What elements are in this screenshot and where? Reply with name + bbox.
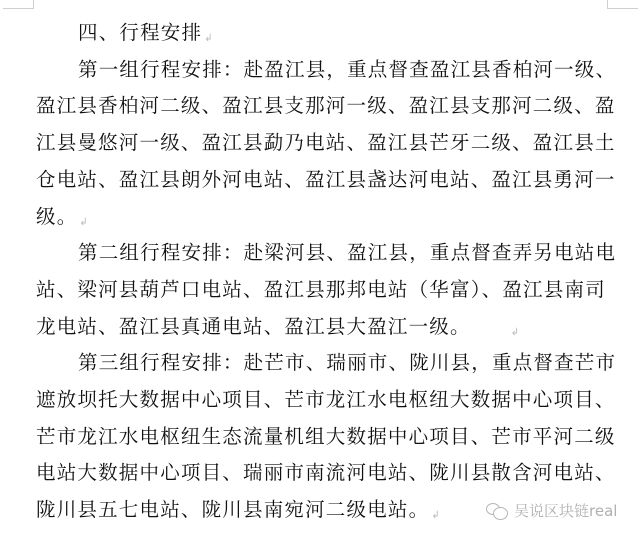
paragraph-mark: ↲ [204, 33, 214, 44]
watermark: 吴说区块链real [486, 500, 617, 521]
paragraph-line: 第二组行程安排：赴梁河县、盈江县，重点督查弄另电站电 [78, 241, 616, 265]
paragraph-line: 电站大数据中心项目、瑞丽市南流河电站、陇川县散含河电站、 [36, 461, 616, 485]
paragraph-line: 江县曼悠河一级、盈江县勐乃电站、盈江县芒牙二级、盈江县土 [36, 131, 616, 155]
paragraph-mark: ↲ [79, 217, 89, 228]
paragraph-line: 站、梁河县葫芦口电站、盈江县那邦电站（华富）、盈江县南司 [36, 278, 606, 302]
paragraph-line: 芒市龙江水电枢纽生态流量机组大数据中心项目、芒市平河二级 [36, 425, 616, 449]
paragraph-line: 第一组行程安排：赴盈江县，重点督查盈江县香柏河一级、 [78, 58, 616, 82]
paragraph-line-end: 级。↲ [36, 205, 89, 235]
paragraph-line: 第三组行程安排：赴芒市、瑞丽市、陇川县，重点督查芒市 [78, 351, 616, 375]
page-corner-mark-top-right [607, 0, 638, 9]
paragraph-line-end: 龙电站、盈江县真通电站、盈江县大盈江一级。↲ [36, 315, 520, 345]
paragraph-mark: ↲ [431, 510, 441, 521]
section-title-text: 四、行程安排 [78, 21, 202, 44]
paragraph-line-text: 龙电站、盈江县真通电站、盈江县大盈江一级。 [36, 315, 471, 338]
page-corner-mark-top-left [3, 0, 34, 9]
watermark-text: 吴说区块链real [514, 500, 617, 521]
paragraph-line-text: 级。 [36, 205, 77, 228]
wechat-icon [486, 502, 508, 520]
paragraph-line-end: 陇川县五七电站、陇川县南宛河二级电站。↲ [36, 498, 441, 528]
paragraph-line: 盈江县香柏河二级、盈江县支那河一级、盈江县支那河二级、盈 [36, 94, 616, 118]
section-title: 四、行程安排↲ [78, 21, 214, 51]
paragraph-line: 遮放坝托大数据中心项目、芒市龙江水电枢纽大数据中心项目、 [36, 388, 616, 412]
paragraph-line-text: 陇川县五七电站、陇川县南宛河二级电站。 [36, 498, 429, 521]
paragraph-line: 仓电站、盈江县朗外河电站、盈江县盏达河电站、盈江县勇河一 [36, 168, 616, 192]
paragraph-mark: ↲ [511, 327, 521, 338]
